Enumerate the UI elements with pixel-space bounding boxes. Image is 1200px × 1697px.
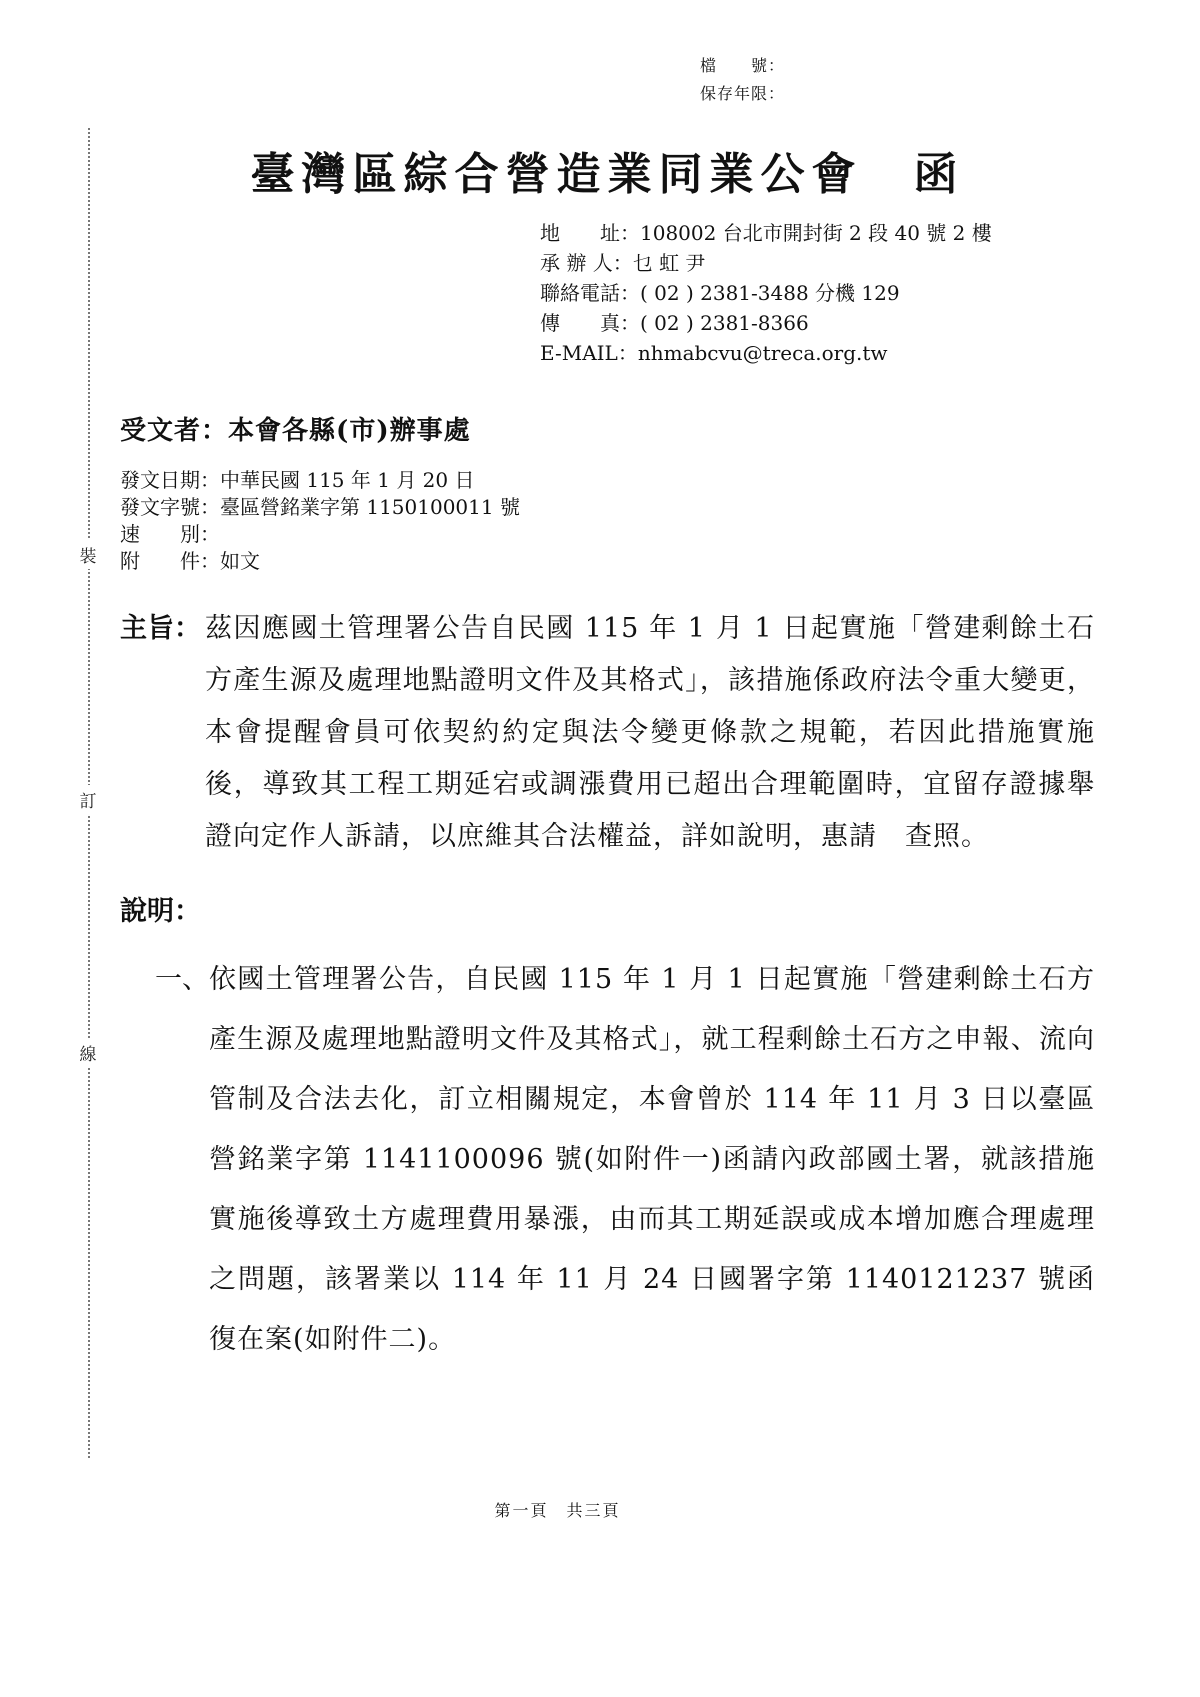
doc-number-label: 發文字號： xyxy=(120,495,220,519)
subject-paragraph: 主旨： 茲因應國土管理署公告自民國 115 年 1 月 1 日起實施「營建剩餘土… xyxy=(120,603,1095,863)
page-footer: 第一頁 共三頁 xyxy=(0,1498,1115,1521)
fax-label: 傳 真： xyxy=(540,311,640,335)
contact-person-label: 承 辦 人： xyxy=(540,251,633,275)
binding-mark-xian: 線 xyxy=(80,1038,97,1067)
attachment-label: 附 件： xyxy=(120,549,220,573)
document-metadata-block: 發文日期：中華民國 115 年 1 月 20 日 發文字號：臺區營銘業字第 11… xyxy=(120,467,1095,575)
contact-person-value: 乜 虹 尹 xyxy=(633,251,706,275)
official-letter-page: 裝 訂 線 檔 號： 保存年限： 臺灣區綜合營造業同業公會 函 地 址：1080… xyxy=(0,0,1200,1697)
fax-value: ( 02 ) 2381-8366 xyxy=(640,311,809,335)
sender-phone-row: 聯絡電話：( 02 ) 2381-3488 分機 129 xyxy=(540,278,1095,308)
phone-value: ( 02 ) 2381-3488 分機 129 xyxy=(640,281,900,305)
subject-text: 茲因應國土管理署公告自民國 115 年 1 月 1 日起實施「營建剩餘土石方產生… xyxy=(205,603,1095,863)
phone-label: 聯絡電話： xyxy=(540,281,640,305)
description-item-1-text: 依國土管理署公告，自民國 115 年 1 月 1 日起實施「營建剩餘土石方產生源… xyxy=(209,950,1095,1370)
address-value: 108002 台北市開封街 2 段 40 號 2 樓 xyxy=(640,221,992,245)
issue-date-label: 發文日期： xyxy=(120,468,220,492)
page-title: 臺灣區綜合營造業同業公會 函 xyxy=(120,0,1095,202)
issue-date-value: 中華民國 115 年 1 月 20 日 xyxy=(220,468,475,492)
binding-mark-ding: 訂 xyxy=(80,785,97,814)
email-label: E-MAIL： xyxy=(540,341,638,365)
recipient-value: 本會各縣(市)辦事處 xyxy=(228,416,471,446)
description-item-1-number: 一、 xyxy=(155,950,209,1010)
attachment-value: 如文 xyxy=(220,549,260,573)
sender-email-row: E-MAIL：nhmabcvu@treca.org.tw xyxy=(540,338,1095,368)
sender-address-row: 地 址：108002 台北市開封街 2 段 40 號 2 樓 xyxy=(540,218,1095,248)
sender-fax-row: 傳 真：( 02 ) 2381-8366 xyxy=(540,308,1095,338)
issue-date-row: 發文日期：中華民國 115 年 1 月 20 日 xyxy=(120,467,1095,494)
attachment-row: 附 件：如文 xyxy=(120,548,1095,575)
letter-content: 臺灣區綜合營造業同業公會 函 地 址：108002 台北市開封街 2 段 40 … xyxy=(120,0,1095,1370)
sender-contact-person-row: 承 辦 人：乜 虹 尹 xyxy=(540,248,1095,278)
subject-label: 主旨： xyxy=(120,603,205,655)
priority-row: 速 別： xyxy=(120,521,1095,548)
description-item-1: 一、 依國土管理署公告，自民國 115 年 1 月 1 日起實施「營建剩餘土石方… xyxy=(155,950,1095,1370)
description-heading: 說明： xyxy=(120,889,1095,928)
doc-number-value: 臺區營銘業字第 1150100011 號 xyxy=(220,495,520,519)
doc-number-row: 發文字號：臺區營銘業字第 1150100011 號 xyxy=(120,494,1095,521)
address-label: 地 址： xyxy=(540,221,640,245)
priority-label: 速 別： xyxy=(120,522,220,546)
binding-mark-zhuang: 裝 xyxy=(80,540,97,569)
recipient-label: 受文者： xyxy=(120,416,228,446)
sender-contact-block: 地 址：108002 台北市開封街 2 段 40 號 2 樓 承 辦 人：乜 虹… xyxy=(540,218,1095,368)
recipient-row: 受文者：本會各縣(市)辦事處 xyxy=(120,410,1095,447)
email-value: nhmabcvu@treca.org.tw xyxy=(638,341,888,365)
